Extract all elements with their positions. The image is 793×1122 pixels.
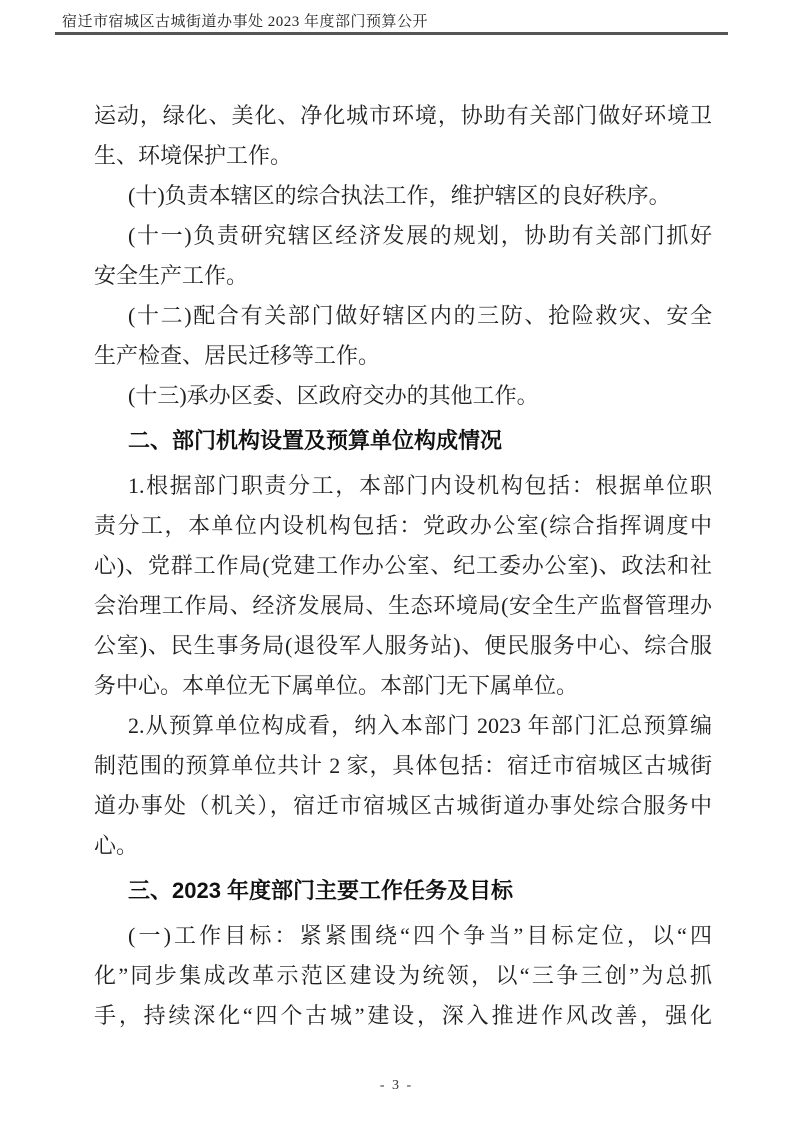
text-line: 制范围的预算单位共计 2 家，具体包括：宿迁市宿城区古城街 — [94, 746, 712, 786]
section-heading-2: 二、部门机构设置及预算单位构成情况 — [94, 421, 712, 461]
text-line: 运动，绿化、美化、净化城市环境，协助有关部门做好环境卫 — [94, 96, 712, 136]
text-line: 心)、党群工作局(党建工作办公室、纪工委办公室)、政法和社 — [94, 546, 712, 586]
text-line: 手，持续深化“四个古城”建设，深入推进作风改善，强化 — [94, 996, 712, 1036]
page-number: - 3 - — [0, 1078, 793, 1094]
text-line: 安全生产工作。 — [94, 256, 712, 296]
text-line: 公室)、民生事务局(退役军人服务站)、便民服务中心、综合服 — [94, 626, 712, 666]
text-line: 道办事处（机关），宿迁市宿城区古城街道办事处综合服务中 — [94, 786, 712, 826]
text-line: (一)工作目标：紧紧围绕“四个争当”目标定位，以“四 — [94, 916, 712, 956]
text-line: 务中心。本单位无下属单位。本部门无下属单位。 — [94, 666, 712, 706]
text-line: (十)负责本辖区的综合执法工作，维护辖区的良好秩序。 — [94, 176, 712, 216]
text-line: 心。 — [94, 826, 712, 866]
document-page: 宿迁市宿城区古城街道办事处 2023 年度部门预算公开 运动，绿化、美化、净化城… — [0, 0, 793, 1122]
text-line: 责分工，本单位内设机构包括：党政办公室(综合指挥调度中 — [94, 506, 712, 546]
document-body: 运动，绿化、美化、净化城市环境，协助有关部门做好环境卫 生、环境保护工作。 (十… — [94, 96, 712, 1036]
section-heading-3: 三、2023 年度部门主要工作任务及目标 — [94, 871, 712, 911]
text-line: 会治理工作局、经济发展局、生态环境局(安全生产监督管理办 — [94, 586, 712, 626]
header-rule — [55, 32, 728, 35]
text-line: (十一)负责研究辖区经济发展的规划，协助有关部门抓好 — [94, 216, 712, 256]
text-line: 生、环境保护工作。 — [94, 136, 712, 176]
text-line: 生产检查、居民迁移等工作。 — [94, 336, 712, 376]
text-line: 1.根据部门职责分工，本部门内设机构包括：根据单位职 — [94, 466, 712, 506]
text-line: (十三)承办区委、区政府交办的其他工作。 — [94, 376, 712, 416]
page-header-title: 宿迁市宿城区古城街道办事处 2023 年度部门预算公开 — [62, 10, 428, 31]
text-line: 化”同步集成改革示范区建设为统领，以“三争三创”为总抓 — [94, 956, 712, 996]
text-line: (十二)配合有关部门做好辖区内的三防、抢险救灾、安全 — [94, 296, 712, 336]
text-line: 2.从预算单位构成看，纳入本部门 2023 年部门汇总预算编 — [94, 706, 712, 746]
